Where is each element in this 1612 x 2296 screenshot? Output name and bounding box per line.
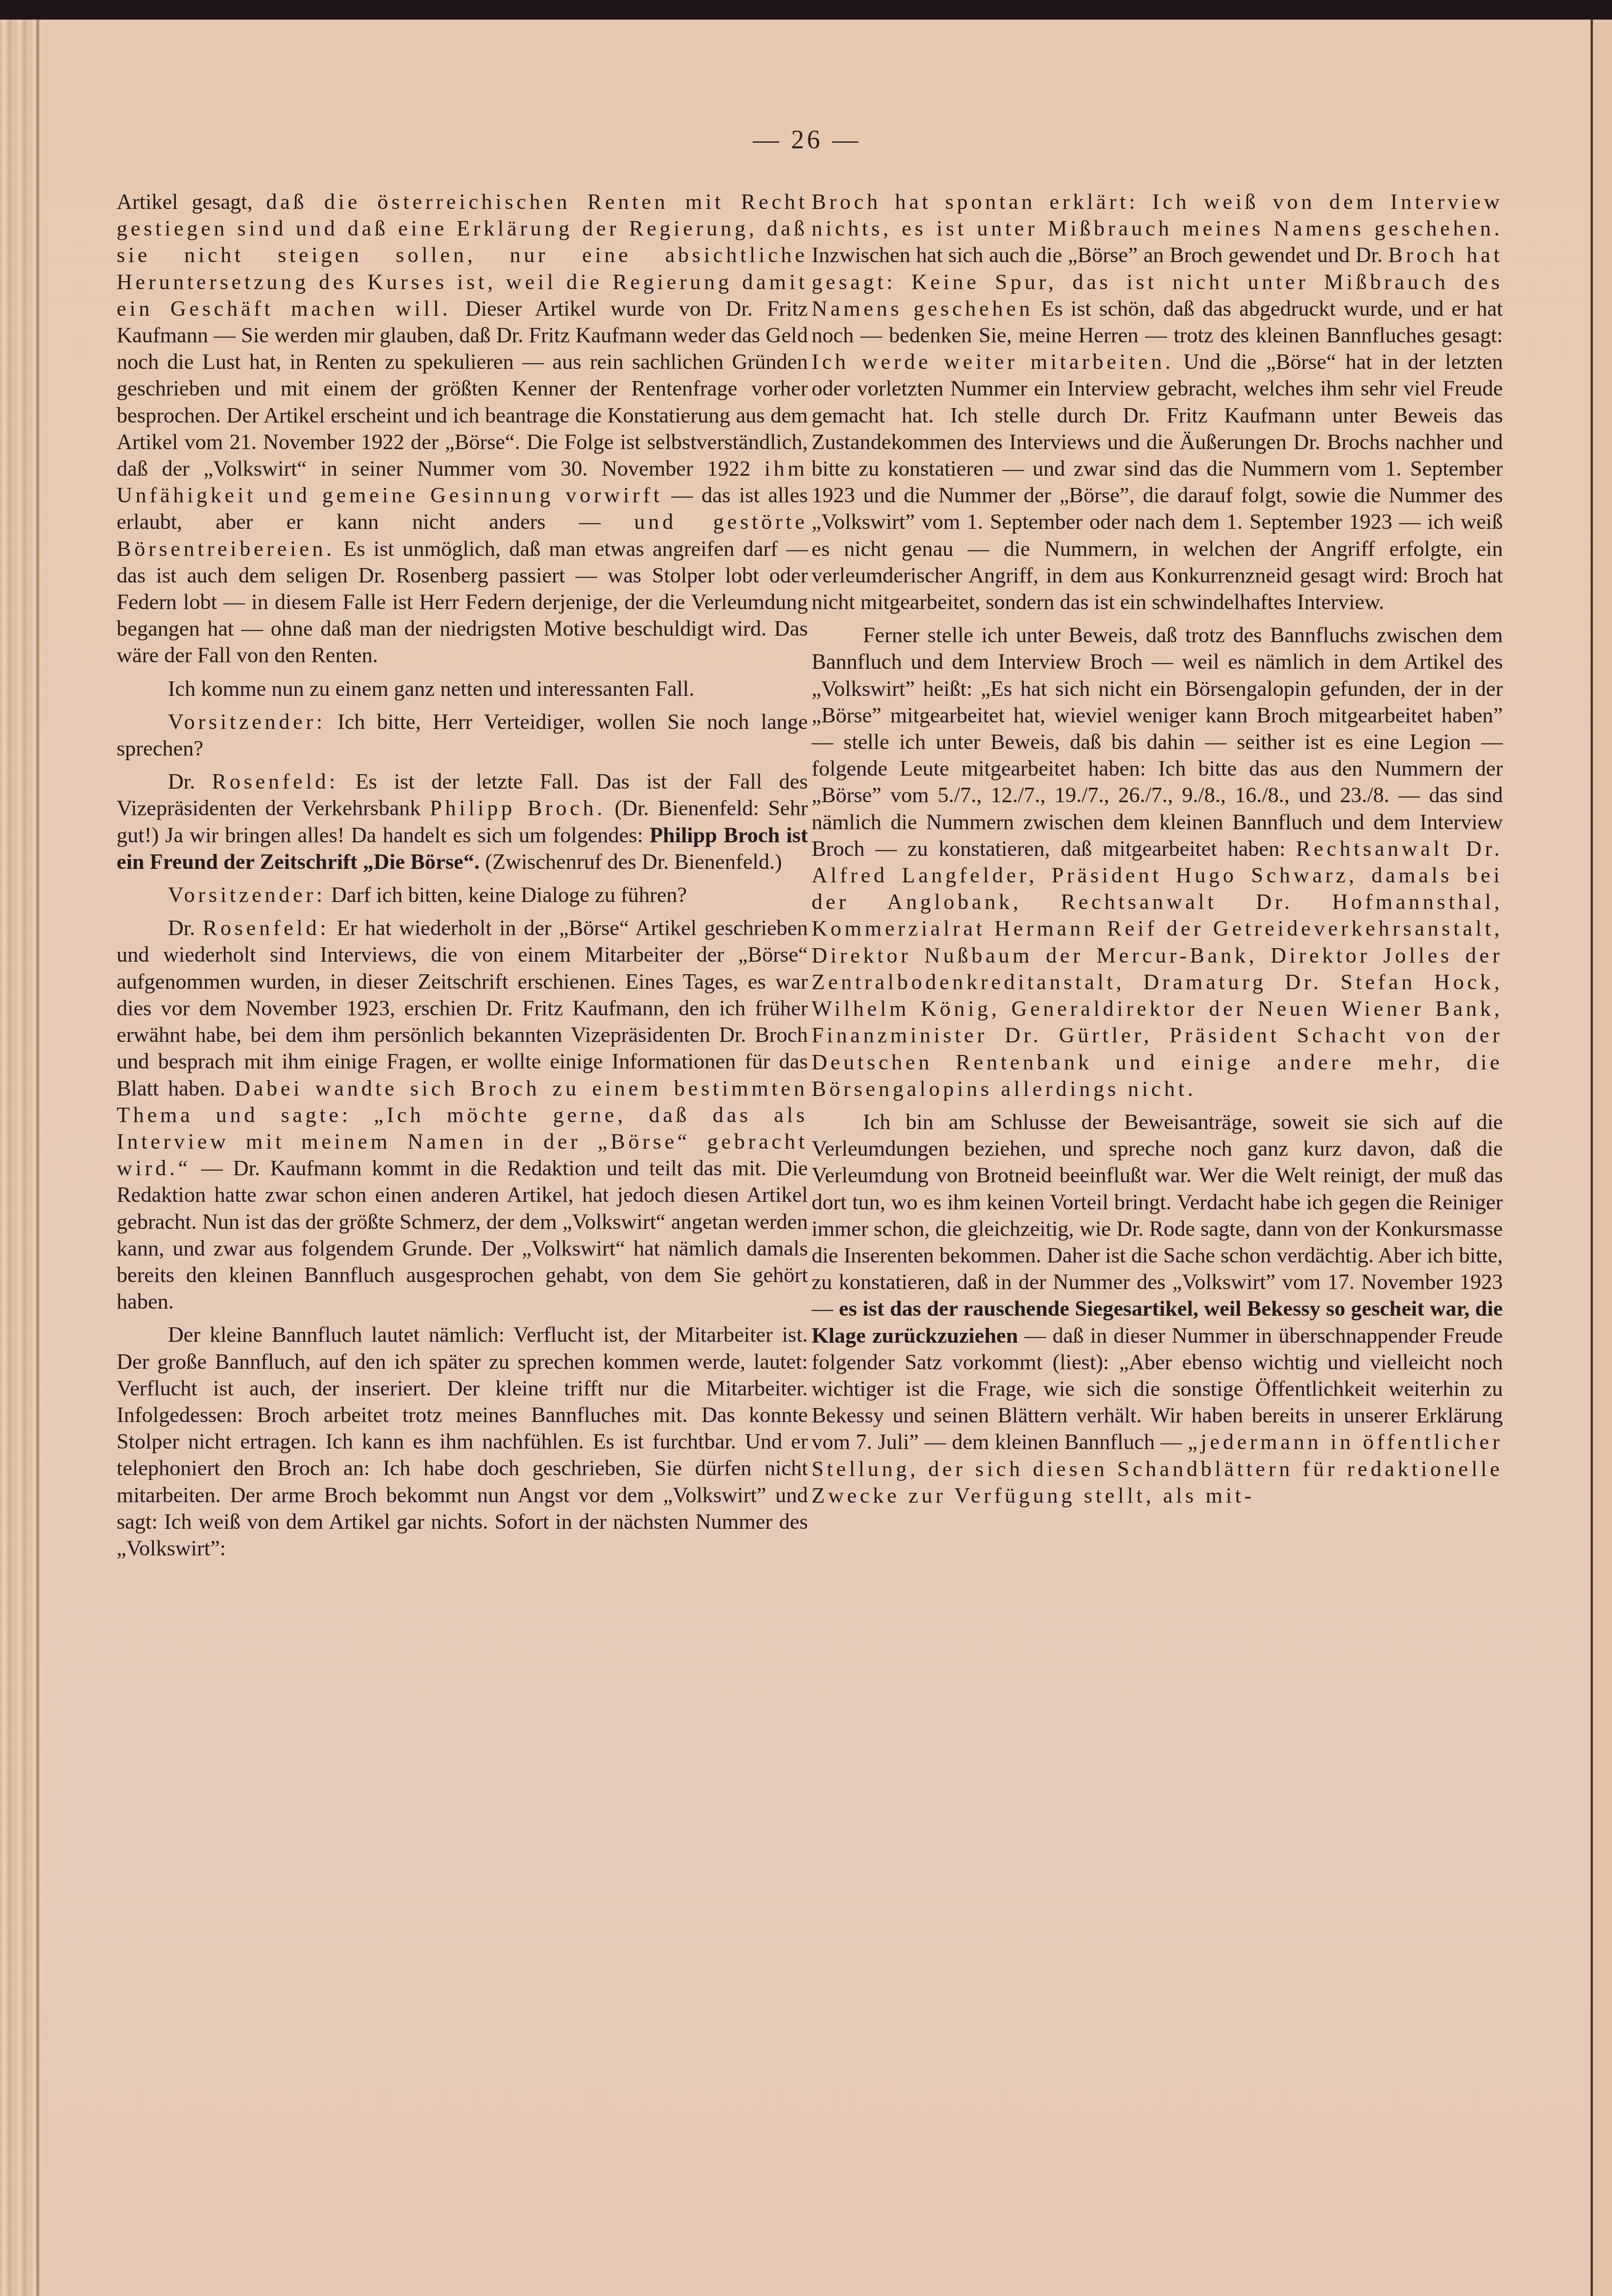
left-text-column: Artikel gesagt, daß die österreichischen… <box>117 189 808 1568</box>
text-run: — Dr. Kaufmann kommt in die Redaktion un… <box>117 1157 808 1314</box>
paragraph: Ich bin am Schlusse der Beweisanträge, s… <box>812 1109 1503 1509</box>
spaced-emphasis-text: Broch hat spontan erklärt: Ich weiß von … <box>812 190 1503 241</box>
text-run: Der kleine Bannfluch lautet nämlich: Ver… <box>117 1323 808 1561</box>
paragraph: Artikel gesagt, daß die österreichischen… <box>117 189 808 669</box>
spaced-emphasis-text: Rechtsanwalt Dr. Alfred Langfelder, Präs… <box>812 837 1503 1101</box>
adjacent-page-edge <box>1593 20 1612 2296</box>
text-run: Dr. <box>168 916 202 940</box>
spaced-emphasis-text: Vorsitzender: <box>168 883 326 907</box>
text-run: Und die „Börse“ hat in der letzten oder … <box>812 350 1503 614</box>
text-run: Ferner stelle ich unter Beweis, daß trot… <box>812 624 1503 861</box>
spaced-emphasis-text: Philipp Broch. <box>430 797 605 820</box>
text-run: Artikel gesagt, <box>117 190 266 214</box>
spaced-emphasis-text: Rosenfeld: <box>202 916 329 940</box>
paragraph: Ich komme nun zu einem ganz netten und i… <box>117 676 808 702</box>
text-run: Dieser Artikel wurde von Dr. Fritz Kaufm… <box>117 297 808 481</box>
page-binding-edge <box>0 20 39 2296</box>
paragraph: Dr. Rosenfeld: Er hat wiederholt in der … <box>117 915 808 1315</box>
paragraph: Vorsitzender: Ich bitte, Herr Verteidige… <box>117 709 808 762</box>
spaced-emphasis-text: Rosenfeld: <box>212 770 338 794</box>
paragraph: Broch hat spontan erklärt: Ich weiß von … <box>812 189 1503 616</box>
spaced-emphasis-text: Vorsitzender: <box>168 710 326 734</box>
text-run: Ich komme nun zu einem ganz netten und i… <box>168 677 695 701</box>
text-run: Er hat wiederholt in der „Börse“ Artikel… <box>117 916 808 1100</box>
paragraph: Der kleine Bannfluch lautet nämlich: Ver… <box>117 1322 808 1562</box>
text-run: (Zwischenruf des Dr. Bienenfeld.) <box>479 850 782 874</box>
text-run: Dr. <box>168 770 212 794</box>
page-number: — 26 — <box>728 125 886 155</box>
paragraph: Ferner stelle ich unter Beweis, daß trot… <box>812 622 1503 1103</box>
text-run: Ich bin am Schlusse der Beweisanträge, s… <box>812 1110 1503 1321</box>
paragraph: Dr. Rosenfeld: Es ist der letzte Fall. D… <box>117 769 808 875</box>
right-text-column: Broch hat spontan erklärt: Ich weiß von … <box>812 189 1503 1516</box>
spaced-emphasis-text: Ich werde weiter mitarbeiten. <box>812 350 1174 374</box>
paragraph: Vorsitzender: Darf ich bitten, keine Dia… <box>117 882 808 909</box>
text-run: Inzwischen hat sich auch die „Börse” an … <box>812 243 1388 267</box>
text-run: Darf ich bitten, keine Dialoge zu führen… <box>326 883 687 907</box>
